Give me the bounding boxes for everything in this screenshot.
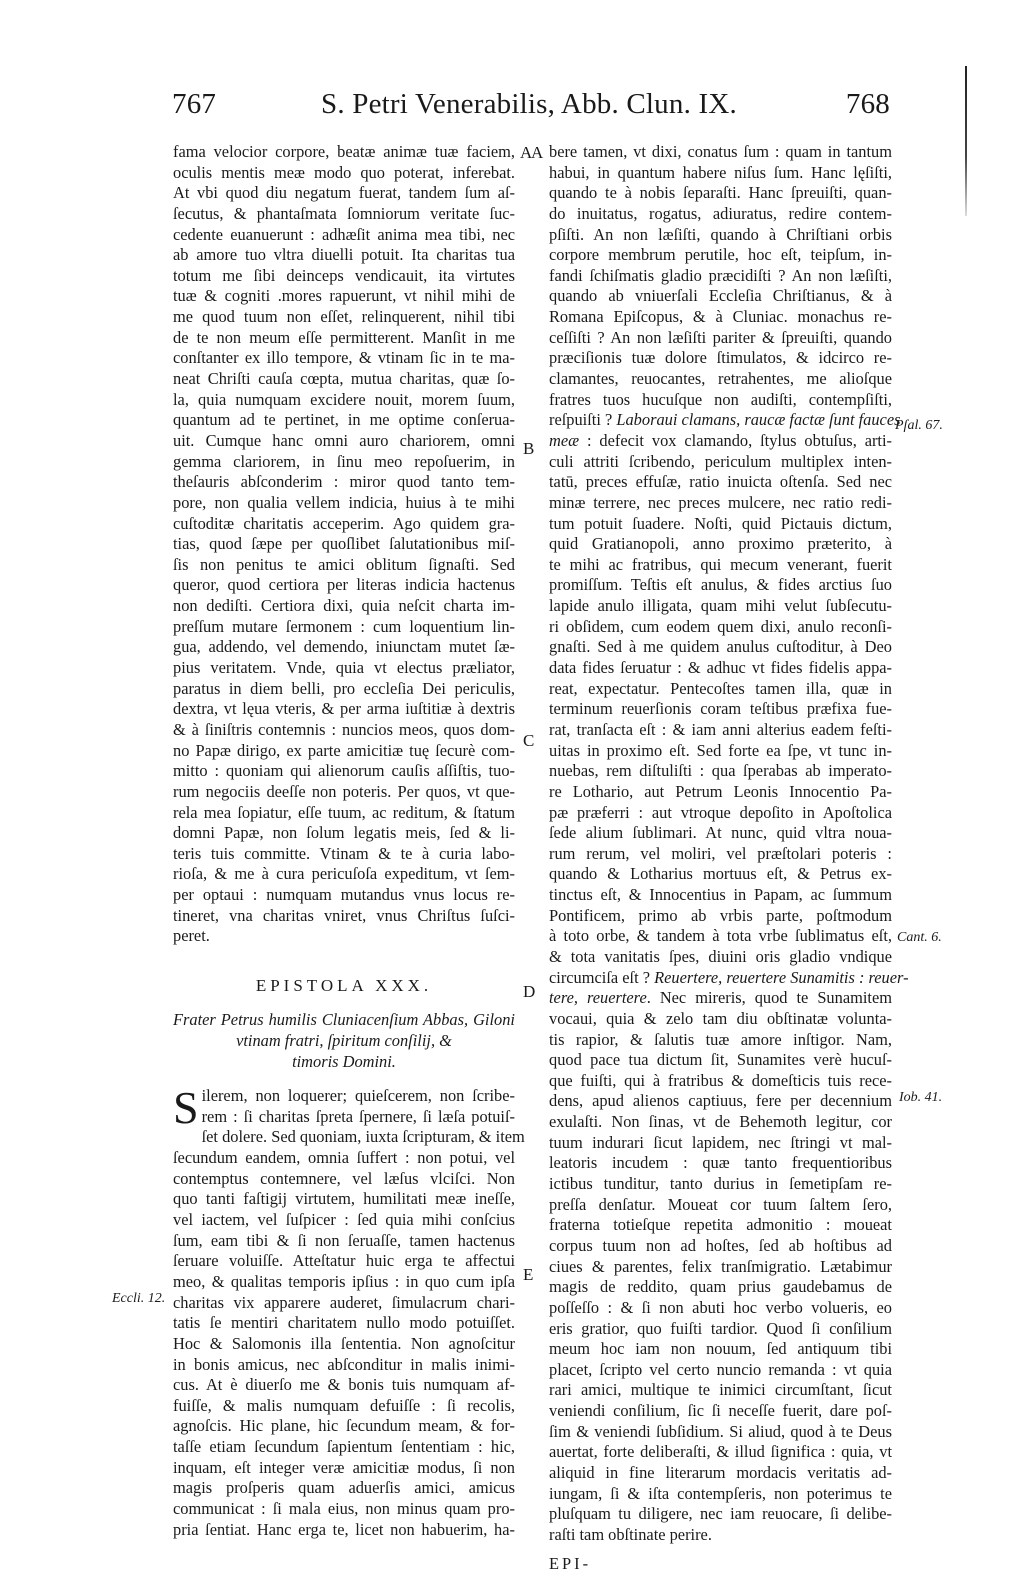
text-line: poſſeſſo : & ſi non abuti hoc verbo volu… — [549, 1298, 892, 1319]
epistola-heading: EPISTOLA XXX. — [173, 976, 515, 997]
text-line-with-quote: reſpuiſti ? Laboraui clamans, raucæ fact… — [549, 410, 892, 431]
text-line: Pontificem, primo ab vrbis parte, poſtmo… — [549, 906, 892, 927]
text-line: tinctus eſt, & Innocentius in Papam, ac … — [549, 885, 892, 906]
text-line: fuiſſe, & malis numquam defuiſſe : ſi re… — [173, 1396, 515, 1417]
text-line: quid Gratianopoli, anno proximo præterit… — [549, 534, 892, 555]
section-letter-b: B — [523, 439, 534, 459]
text-line: rioſa, & me à cura pericuſoſa expeditum,… — [173, 864, 515, 885]
text-line: rela mea ſopiatur, eſſe tuum, ac reditum… — [173, 803, 515, 824]
right-column: bere tamen, vt dixi, conatus ſum : quam … — [549, 142, 892, 1572]
text-line: fraterna totieſque repetita admonitio : … — [549, 1215, 892, 1236]
text-line: quantum ad te pertinet, in me optime con… — [173, 410, 515, 431]
section-letter-d: D — [523, 982, 535, 1002]
text-line: de te non meum eſſe permitterent. Manſit… — [173, 328, 515, 349]
letter-body: S ilerem, non loquerer; quieſcerem, non … — [173, 1086, 515, 1540]
text-line: cus. At è diuerſo me & bonis tuis numqua… — [173, 1375, 515, 1396]
psalm-quote: Laboraui clamans, raucæ factæ ſunt fauce… — [616, 410, 900, 429]
text-line: rat, tranſacta eſt : & iam anni alterius… — [549, 720, 892, 741]
text-line: tias, quod ſæpe per quoſlibet ſalutation… — [173, 534, 515, 555]
text-line: inquam, eſt integer veræ amicitiæ modus,… — [173, 1458, 515, 1479]
text-line: gemma clariorem, in ſinu meo repoſuerim,… — [173, 452, 515, 473]
text-line: ſet dolere. Sed quoniam, iuxta ſcriptura… — [173, 1127, 515, 1148]
text-line-with-quote: meæ : defecit vox clamando, ſtylus obtuſ… — [549, 431, 892, 452]
text-line: gua, addendo, vel demendo, iniunctam mut… — [173, 637, 515, 658]
text-line: ſum, eam tibi & ſi non ſeruaſſe, tamen h… — [173, 1231, 515, 1252]
text-line: ilerem, non loquerer; quieſcerem, non ſc… — [173, 1086, 515, 1107]
margin-note-eccli: Eccli. 12. — [112, 1291, 165, 1307]
text-line: aliquid in fine literarum mordacis verit… — [549, 1463, 892, 1484]
text-line: nuebas, rem diſtuliſti : qua ſperabas ab… — [549, 761, 892, 782]
text-line: theſauris abſconderim : miror quod tanto… — [173, 472, 515, 493]
text-line: clamantes, reuocantes, retrahentes, me a… — [549, 369, 892, 390]
psalm-quote-end: meæ — [549, 431, 579, 450]
text-line: gnaſti. Sed à me quidem anulus cuſtoditu… — [549, 637, 892, 658]
text-line: veniendi conſilium, ſic ſi neceſſe fueri… — [549, 1401, 892, 1422]
text-line: meo, & qualitas temporis ipſius : in quo… — [173, 1272, 515, 1293]
text-line: taſſe etiam ſecundum ſapientum ſententia… — [173, 1437, 515, 1458]
text-line: cedente euanuerunt : adhæſit anima mea t… — [173, 225, 515, 246]
text-line: do inuitatus, rogatus, adiuratus, redire… — [549, 204, 892, 225]
running-title: S. Petri Venerabilis, Abb. Clun. IX. — [168, 88, 890, 121]
text-line: ſeruare voluiſſe. Atteſtatur huic erga t… — [173, 1251, 515, 1272]
text-line: charitas vix apparere auderet, ſimulacru… — [173, 1293, 515, 1314]
catchword: EPI- — [549, 1554, 892, 1572]
text-line-with-quote: tere, reuertere. Nec mireris, quod te Su… — [549, 988, 892, 1009]
text-line: magis proſperis quam aduerſis amici, ami… — [173, 1478, 515, 1499]
spacer — [173, 947, 515, 968]
text-line: dens, apud alienos captiuus, fere per de… — [549, 1091, 892, 1112]
text-line: corpore membrum perutile, hoc eſt, teipſ… — [549, 245, 892, 266]
text-line: pſiſti. An non læſiſti, quando à Chriſti… — [549, 225, 892, 246]
text-line: teris tuis committe. Vtinam & te à curia… — [173, 844, 515, 865]
text-line: vel iactem, vel ſuſpicer : ſed quia mihi… — [173, 1210, 515, 1231]
text-line: tineret, vna charitas vniret, vnus Chriſ… — [173, 906, 515, 927]
cant-quote: Reuertere, reuertere Sunamitis : reuer- — [654, 968, 908, 987]
text-line: contemptus contemnere, vel læſus vlciſci… — [173, 1169, 515, 1190]
text-line: ſecundum eandem, omnia ſuffert : non pot… — [173, 1148, 515, 1169]
cant-quote-end: tere, reuertere — [549, 988, 647, 1007]
text-line: eris gratior, quo fuiſti tardior. Quod ſ… — [549, 1319, 892, 1340]
text-line: mitto : quoniam qui alienorum cauſis aſſ… — [173, 761, 515, 782]
text-line: que fuiſti, qui à fratribus & domeſticis… — [549, 1071, 892, 1092]
text-line: re Lothario, aut Petrum Leonis Innocenti… — [549, 782, 892, 803]
text-line-with-quote: circumciſa eſt ? Reuertere, reuertere Su… — [549, 968, 892, 989]
text-line: me quod tuum non eſſet, relinquerent, ni… — [173, 307, 515, 328]
text-line: ciues & parentes, felix tranſmigratio. L… — [549, 1257, 892, 1278]
page-edge-rule — [965, 66, 967, 216]
text-line: tuæ & cogniti .mores rapuerunt, vt nihil… — [173, 286, 515, 307]
spacer — [173, 1072, 515, 1086]
text-line: preſſum mutare ſermonem : cum loquentium… — [173, 617, 515, 638]
text-line: pria ſentiat. Hanc erga te, licet non ha… — [173, 1520, 515, 1541]
text-line: lapide anulo illigata, quam mihi velut ſ… — [549, 596, 892, 617]
text-line: fratres tuos hucuſque non audiſti, conte… — [549, 390, 892, 411]
margin-note-psal: Pſal. 67. — [895, 418, 943, 434]
text-line: agnoſcis. Hic plane, hic ſecundum meam, … — [173, 1416, 515, 1437]
text-line: habui, in quantum habere niſus ſum. Hanc… — [549, 163, 892, 184]
text-line: ab amore tuo vltra diuelli potuit. Ita c… — [173, 245, 515, 266]
text-line: à toto orbe, & tandem à tota vrbe ſublim… — [549, 926, 892, 947]
text-line: ſim & veniendi ſubſidium. Si aliud, quod… — [549, 1422, 892, 1443]
text-line: auertat, forte deliberaſti, & illud ſign… — [549, 1442, 892, 1463]
book-page: 767 S. Petri Venerabilis, Abb. Clun. IX.… — [0, 0, 1024, 1572]
text-line: bere tamen, vt dixi, conatus ſum : quam … — [549, 142, 892, 163]
text-line: no Papæ dirigo, ex parte amicitiæ tuę ſe… — [173, 741, 515, 762]
text-line: & tota vanitatis ſpes, diuini oris gladi… — [549, 947, 892, 968]
salutation-line: vtinam fratri, ſpiritum conſilij, & — [173, 1031, 515, 1052]
text-line: queror, quod certiora per literas indici… — [173, 575, 515, 596]
text-line: domni Papæ, non ſolum legatis meis, ſed … — [173, 823, 515, 844]
text-line: rum rerum, vel moliri, vel præſtolari po… — [549, 844, 892, 865]
text-line: quando & Lotharius mortuus eſt, & Petrus… — [549, 864, 892, 885]
text-line: leatoris incudem : quæ tanto frequentior… — [549, 1153, 892, 1174]
drop-cap: S — [173, 1088, 199, 1128]
text-line: rem : ſi charitas ſpreta ſpernere, ſi læ… — [173, 1107, 515, 1128]
text-line: rum negociis deeſſe non poteris. Per quo… — [173, 782, 515, 803]
text-line: quo tanti faſtigij virtutem, humilitati … — [173, 1189, 515, 1210]
text-line: paratus in diem belli, pro eccleſia Dei … — [173, 679, 515, 700]
text-line: reat, expectatur. Pentecoſtes tamen illa… — [549, 679, 892, 700]
text-line: in bonis amicus, nec abſconditur in mali… — [173, 1355, 515, 1376]
text-line: totum me ſibi deinceps vendicauit, ita v… — [173, 266, 515, 287]
running-header: 767 S. Petri Venerabilis, Abb. Clun. IX.… — [168, 88, 890, 128]
text-line: fama velocior corpore, beatæ animæ tuæ f… — [173, 142, 515, 163]
text-line: placet, ſcripto vel certo nuncio remanda… — [549, 1360, 892, 1381]
spacer — [173, 996, 515, 1010]
text-line: pæ præferri : aut vtroque depoſito in Ap… — [549, 803, 892, 824]
text-line: quod pace tua dictum ſit, Sunamites verè… — [549, 1050, 892, 1071]
text-line: tatū, preces effuſæ, ratio inuicta oſten… — [549, 472, 892, 493]
text-line: te mihi ac fratribus, qui mecum venerant… — [549, 555, 892, 576]
salutation-line: Frater Petrus humilis Cluniacenſium Abba… — [173, 1010, 515, 1031]
left-column: fama velocior corpore, beatæ animæ tuæ f… — [173, 142, 515, 1540]
section-letter-c: C — [523, 731, 534, 751]
text-line: ceſſiſti ? An non læſiſti pariter & ſpre… — [549, 328, 892, 349]
text-line: pluſquam tu diligere, nec iam reuocare, … — [549, 1504, 892, 1525]
text-line: ſede alium ſublimari. At nunc, quid vltr… — [549, 823, 892, 844]
text-line: preſſa denſatur. Moueat cor tuum ſaltem … — [549, 1195, 892, 1216]
text-line: non dediſti. Certiora dixi, quia neſcit … — [173, 596, 515, 617]
text-line: uitas in proximo eſt. Sed forte ea ſpe, … — [549, 741, 892, 762]
text-line: Hoc & Salomonis illa ſententia. Non agno… — [173, 1334, 515, 1355]
text-line: & à ſiniſtris contemnis : nuncios meos, … — [173, 720, 515, 741]
text-line: oculis mentis meæ modo quo poterat, infe… — [173, 163, 515, 184]
text-line: terminum reuerſionis coram teſtibus præf… — [549, 699, 892, 720]
text-line: meum hoc iam non nouum, ſed antiquum tib… — [549, 1339, 892, 1360]
text-line: la, quia numquam excidere nouit, morem ſ… — [173, 390, 515, 411]
text-line: pore, non qualia vellem indicia, huius à… — [173, 493, 515, 514]
text-line: præciſionis tuæ dolore ſtimulatos, & idc… — [549, 348, 892, 369]
margin-note-iob: Iob. 41. — [899, 1090, 942, 1106]
text-line: quando te à nobis ſeparaſti. Hanc ſpreui… — [549, 183, 892, 204]
text-line: per optaui : numquam mutandus vnus locus… — [173, 885, 515, 906]
spacer — [549, 1546, 892, 1554]
text-line: tatis ſe mentiri charitatem nullo modo p… — [173, 1313, 515, 1334]
text-line: exulaſti. Non ſinas, vt de Behemoth legi… — [549, 1112, 892, 1133]
text-line: ictibus tunditur, tanto durius in ſemeti… — [549, 1174, 892, 1195]
text-line: dextra, vt lęua vteris, & per arma iuſti… — [173, 699, 515, 720]
text-line: raſti tam obſtinate perire. — [549, 1525, 892, 1546]
spacer — [173, 968, 515, 976]
section-letter-a-right: A — [531, 143, 543, 163]
text-line: quando ab vniuerſali Eccleſia Chriſtianu… — [549, 286, 892, 307]
text-line: iungam, ſi & iſta contempſeris, non pote… — [549, 1484, 892, 1505]
page-number-right: 768 — [846, 88, 890, 121]
text-line: rari amici, multique te inimici circumſt… — [549, 1380, 892, 1401]
text-line: communicat : ſi mala eius, non minus qua… — [173, 1499, 515, 1520]
text-line: tis rapior, & ſalutis tuæ amore inſtigor… — [549, 1030, 892, 1051]
text-line: ſecutus, & phantaſmata ſomniorum veritat… — [173, 204, 515, 225]
text-line: At vbi quod diu negatum fuerat, tandem ſ… — [173, 183, 515, 204]
text-line: conſtanter ex illo tempore, & vtinam ſic… — [173, 348, 515, 369]
text-line: promiſſum. Teſtis eſt anulus, & fides ar… — [549, 575, 892, 596]
section-letter-e: E — [523, 1265, 533, 1285]
text-line: cuſtoditæ charitatis acceperim. Ago quid… — [173, 514, 515, 535]
text-line: Romana Epiſcopus, & à Cluniac. monachus … — [549, 307, 892, 328]
text-line: magis de reddito, quam prius gaudebamus … — [549, 1277, 892, 1298]
text-line: data fides ſeruatur : & adhuc vt fides f… — [549, 658, 892, 679]
text-line: corpus tuum non ad hoſtes, ſed ab hoſtib… — [549, 1236, 892, 1257]
text-line: pius veritatem. Vnde, quia vt electus pr… — [173, 658, 515, 679]
text-line: ſis non penitus te amici oblitum ſignaſt… — [173, 555, 515, 576]
text-line: vocaui, quia & zelo tam diu obſtinatæ vo… — [549, 1009, 892, 1030]
text-line: tuum indurari ſicut lapidem, nec ſtringi… — [549, 1133, 892, 1154]
text-line: minæ terrere, nec preces mulcere, nec ra… — [549, 493, 892, 514]
margin-note-cant: Cant. 6. — [897, 930, 942, 946]
text-line: culi attriti ſcribendo, periculum multip… — [549, 452, 892, 473]
text-line: ri obſidem, cum eodem quem dixi, anulo r… — [549, 617, 892, 638]
text-line: uit. Cumque hanc omni auro chariorem, om… — [173, 431, 515, 452]
salutation-line: timoris Domini. — [173, 1052, 515, 1073]
text-line: tum potuit ſuadere. Noſti, quid Pictauis… — [549, 514, 892, 535]
text-line: neat Chriſti cauſa cœpta, mutua charitas… — [173, 369, 515, 390]
text-line: peret. — [173, 926, 515, 947]
text-line: fandi ſchiſmatis gladio præcidiſti ? An … — [549, 266, 892, 287]
